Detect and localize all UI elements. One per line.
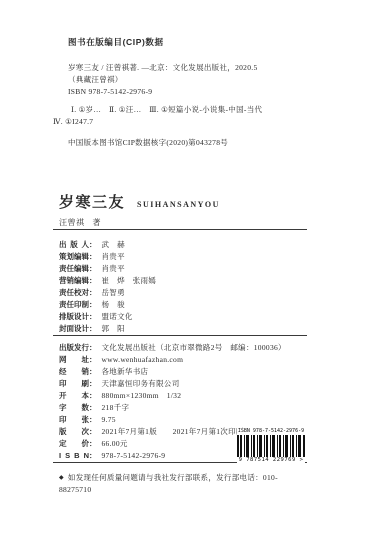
publication-value: 9.75 xyxy=(102,415,116,424)
publication-value: 218千字 xyxy=(102,403,130,412)
barcode-digits: 9 787514 229769 > xyxy=(237,457,305,464)
label-colon: ： xyxy=(89,276,97,285)
label-colon: ： xyxy=(89,379,97,388)
publication-row: 网址：www.wenhuafazhan.com xyxy=(59,354,307,366)
publication-label: I S B N xyxy=(59,450,89,462)
cip-header: 图书在版编目(CIP)数据 xyxy=(68,36,307,48)
credit-row: 责任编辑：肖贵平 xyxy=(59,263,307,275)
label-colon: ： xyxy=(89,367,97,376)
label-colon: ： xyxy=(89,300,97,309)
cip-isbn-line: ISBN 978-7-5142-2976-9 xyxy=(68,86,307,98)
publication-row: 印张：9.75 xyxy=(59,414,307,426)
cip-description: 岁寒三友 / 汪曾祺著. —北京：文化发展出版社，2020.5 （典藏汪曾祺） … xyxy=(68,62,307,98)
publication-value: 978-7-5142-2976-9 xyxy=(102,451,166,460)
credit-label: 排版设计 xyxy=(59,311,89,323)
credit-row: 营销编辑：崔 烨 张雨嫣 xyxy=(59,275,307,287)
credit-value: 崔 烨 张雨嫣 xyxy=(102,276,157,285)
author-name: 汪曾祺 xyxy=(59,218,85,227)
credit-label: 营销编辑 xyxy=(59,275,89,287)
credit-value: 盟诺文化 xyxy=(102,312,133,321)
publication-value: www.wenhuafazhan.com xyxy=(102,355,184,364)
book-title-pinyin: SUIHANSANYOU xyxy=(137,200,220,209)
publication-row: 字数：218千字 xyxy=(59,402,307,414)
publication-label: 定价 xyxy=(59,438,89,450)
label-colon: ： xyxy=(89,324,97,333)
cip-class-line-2: Ⅳ. ①I247.7 xyxy=(53,116,307,128)
label-colon: ： xyxy=(89,343,97,352)
publication-row: 经销：各地新华书店 xyxy=(59,366,307,378)
label-colon: ： xyxy=(89,355,97,364)
publication-row: 印刷：天津嘉恒印务有限公司 xyxy=(59,378,307,390)
quality-note: ◆如发现任何质量问题请与我社发行部联系，发行部电话：010-88275710 xyxy=(59,472,307,496)
barcode-isbn-text: ISBN 978-7-5142-2976-9 xyxy=(237,428,305,434)
label-colon: ： xyxy=(89,403,97,412)
publication-label: 网址 xyxy=(59,354,89,366)
author-suffix: 著 xyxy=(93,218,102,227)
credit-value: 杨 骏 xyxy=(102,300,125,309)
publication-row: 出版发行：文化发展出版社（北京市翠微路2号 邮编：100036） xyxy=(59,342,307,354)
author-line: 汪曾祺著 xyxy=(59,217,307,229)
label-colon: ： xyxy=(89,427,97,436)
publication-value: 880mm×1230mm 1/32 xyxy=(102,391,182,400)
barcode-bars xyxy=(237,435,305,457)
publication-label: 开本 xyxy=(59,390,89,402)
publication-label: 出版发行 xyxy=(59,342,89,354)
publication-label: 经销 xyxy=(59,366,89,378)
credit-value: 郭 阳 xyxy=(102,324,125,333)
cip-section: 图书在版编目(CIP)数据 岁寒三友 / 汪曾祺著. —北京：文化发展出版社，2… xyxy=(68,36,307,149)
cip-series-line: （典藏汪曾祺） xyxy=(68,74,307,86)
publication-label: 字数 xyxy=(59,402,89,414)
quality-note-text: 如发现任何质量问题请与我社发行部联系，发行部电话：010-88275710 xyxy=(59,473,278,494)
label-colon: ： xyxy=(89,451,97,460)
credit-row: 出版人：武 赫 xyxy=(59,239,307,251)
credit-value: 肖贵平 xyxy=(102,252,125,261)
divider xyxy=(53,229,307,230)
publication-value: 66.00元 xyxy=(102,439,128,448)
credit-label: 责任印制 xyxy=(59,299,89,311)
credit-label: 出版人 xyxy=(59,239,89,251)
credit-row: 策划编辑：肖贵平 xyxy=(59,251,307,263)
publication-label: 版次 xyxy=(59,426,89,438)
publication-value: 天津嘉恒印务有限公司 xyxy=(102,379,180,388)
publication-label: 印刷 xyxy=(59,378,89,390)
title-block: 岁寒三友SUIHANSANYOU 汪曾祺著 xyxy=(59,193,307,229)
label-colon: ： xyxy=(89,240,97,249)
cip-registry-number: 中国版本图书馆CIP数据核字(2020)第043278号 xyxy=(68,137,307,149)
cip-class-line-1: Ⅰ. ①岁… Ⅱ. ①汪… Ⅲ. ①短篇小说-小说集-中国-当代 xyxy=(68,104,307,116)
publication-value: 2021年7月第1版 2021年7月第1次印刷 xyxy=(102,427,244,436)
label-colon: ： xyxy=(89,415,97,424)
label-colon: ： xyxy=(89,264,97,273)
credit-value: 武 赫 xyxy=(102,240,125,249)
credit-row: 责任印制：杨 骏 xyxy=(59,299,307,311)
label-colon: ： xyxy=(89,391,97,400)
credit-row: 责任校对：岳智勇 xyxy=(59,287,307,299)
label-colon: ： xyxy=(89,439,97,448)
book-title: 岁寒三友 xyxy=(59,195,125,211)
publication-value: 各地新华书店 xyxy=(102,367,149,376)
label-colon: ： xyxy=(89,288,97,297)
cip-title-line: 岁寒三友 / 汪曾祺著. —北京：文化发展出版社，2020.5 xyxy=(68,62,307,74)
credit-row: 排版设计：盟诺文化 xyxy=(59,311,307,323)
publication-row: 开本：880mm×1230mm 1/32 xyxy=(59,390,307,402)
credit-value: 岳智勇 xyxy=(102,288,125,297)
label-colon: ： xyxy=(89,312,97,321)
credit-label: 责任校对 xyxy=(59,287,89,299)
isbn-barcode: ISBN 978-7-5142-2976-9 9 787514 229769 > xyxy=(237,428,305,464)
copyright-page: 图书在版编目(CIP)数据 岁寒三友 / 汪曾祺著. —北京：文化发展出版社，2… xyxy=(0,0,375,536)
divider xyxy=(53,335,307,336)
label-colon: ： xyxy=(89,252,97,261)
cip-classification: Ⅰ. ①岁… Ⅱ. ①汪… Ⅲ. ①短篇小说-小说集-中国-当代 Ⅳ. ①I24… xyxy=(68,104,307,128)
page-content: 图书在版编目(CIP)数据 岁寒三友 / 汪曾祺著. —北京：文化发展出版社，2… xyxy=(53,36,307,496)
diamond-bullet-icon: ◆ xyxy=(59,475,64,481)
credit-row: 封面设计：郭 阳 xyxy=(59,323,307,335)
credit-value: 肖贵平 xyxy=(102,264,125,273)
credit-label: 策划编辑 xyxy=(59,251,89,263)
publication-value: 文化发展出版社（北京市翠微路2号 邮编：100036） xyxy=(102,343,286,352)
credit-label: 封面设计 xyxy=(59,323,89,335)
credits-section: 出版人：武 赫 策划编辑：肖贵平 责任编辑：肖贵平 营销编辑：崔 烨 张雨嫣 责… xyxy=(53,239,307,335)
publication-label: 印张 xyxy=(59,414,89,426)
credit-label: 责任编辑 xyxy=(59,263,89,275)
